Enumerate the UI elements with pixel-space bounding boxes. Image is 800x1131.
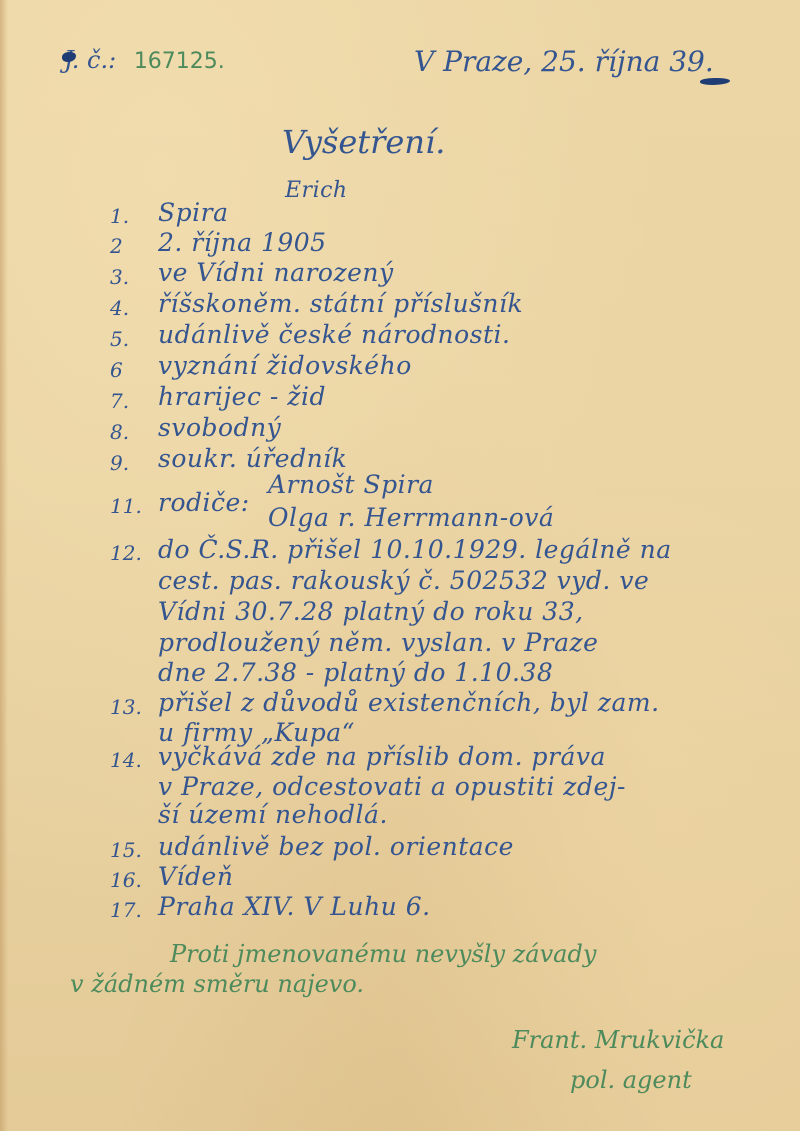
item-entry-line: cest. pas. rakouský č. 502532 vyd. ve bbox=[158, 568, 649, 593]
item-number: 7. bbox=[110, 391, 150, 411]
item-occupation: soukr. úředník bbox=[158, 446, 347, 471]
item-number: 8. bbox=[110, 422, 150, 442]
item-number: 6 bbox=[110, 360, 150, 380]
item-entry-line: prodloužený něm. vyslan. v Praze bbox=[158, 630, 598, 655]
item-number: 3. bbox=[110, 267, 150, 287]
reference-value: 167125. bbox=[134, 49, 225, 74]
item-birthdate: 2. října 1905 bbox=[158, 230, 327, 255]
item-number: 5. bbox=[110, 329, 150, 349]
item-entry-line: dne 2.7.38 - platný do 1.10.38 bbox=[158, 660, 553, 685]
item-given-name: Erich bbox=[285, 180, 348, 202]
item-religion: vyznání židovského bbox=[158, 353, 412, 378]
paper-edge-shadow bbox=[0, 0, 8, 1131]
item-entry-line: v Praze, odcestovati a opustiti zdej- bbox=[158, 774, 626, 799]
signature-role: pol. agent bbox=[570, 1068, 692, 1092]
item-political-orientation: udánlivě bez pol. orientace bbox=[158, 834, 514, 859]
item-marital-status: svobodný bbox=[158, 415, 281, 440]
item-number: 2 bbox=[110, 236, 150, 256]
item-father: Arnošt Spira bbox=[268, 472, 434, 497]
page-title: Vyšetření. bbox=[282, 126, 445, 158]
reference-number: J. č.: 167125. bbox=[64, 48, 225, 73]
item-entry-line: vyčkává zde na příslib dom. práva bbox=[158, 744, 606, 769]
item-number: 15. bbox=[110, 840, 150, 860]
item-entry-line: Vídni 30.7.28 platný do roku 33, bbox=[158, 599, 584, 624]
item-number: 17. bbox=[110, 900, 150, 920]
item-number: 1. bbox=[110, 206, 150, 226]
item-number: 4. bbox=[110, 298, 150, 318]
item-entry-line: do Č.S.R. přišel 10.10.1929. legálně na bbox=[158, 537, 672, 562]
item-parents-label: rodiče: bbox=[158, 490, 250, 515]
item-entry-line: přišel z důvodů existenčních, byl zam. bbox=[158, 690, 660, 715]
item-domicile: Vídeň bbox=[158, 864, 233, 889]
conclusion-line: Proti jmenovanému nevyšly závady bbox=[170, 942, 596, 966]
item-number: 16. bbox=[110, 870, 150, 890]
ink-blot bbox=[700, 78, 730, 85]
item-number: 14. bbox=[110, 750, 150, 770]
item-number: 11. bbox=[110, 496, 150, 516]
conclusion-line: v žádném směru najevo. bbox=[70, 972, 364, 996]
item-address: Praha XIV. V Luhu 6. bbox=[158, 894, 431, 919]
item-number: 9. bbox=[110, 453, 150, 473]
item-surname: Spira bbox=[158, 200, 228, 225]
item-entry-line: ší území nehodlá. bbox=[158, 802, 388, 827]
item-mother: Olga r. Herrmann-ová bbox=[268, 505, 554, 530]
item-citizenship: říšskoněm. státní příslušník bbox=[158, 291, 523, 316]
item-race: hrarijec - žid bbox=[158, 384, 326, 409]
item-birthplace: ve Vídni narozený bbox=[158, 260, 394, 285]
item-nationality: udánlivě české národnosti. bbox=[158, 322, 510, 347]
item-number: 12. bbox=[110, 543, 150, 563]
item-number: 13. bbox=[110, 697, 150, 717]
place-date: V Praze, 25. října 39. bbox=[414, 48, 714, 76]
signature-name: Frant. Mrukvička bbox=[512, 1028, 724, 1052]
document-page: J. č.: 167125. V Praze, 25. října 39. Vy… bbox=[0, 0, 800, 1131]
